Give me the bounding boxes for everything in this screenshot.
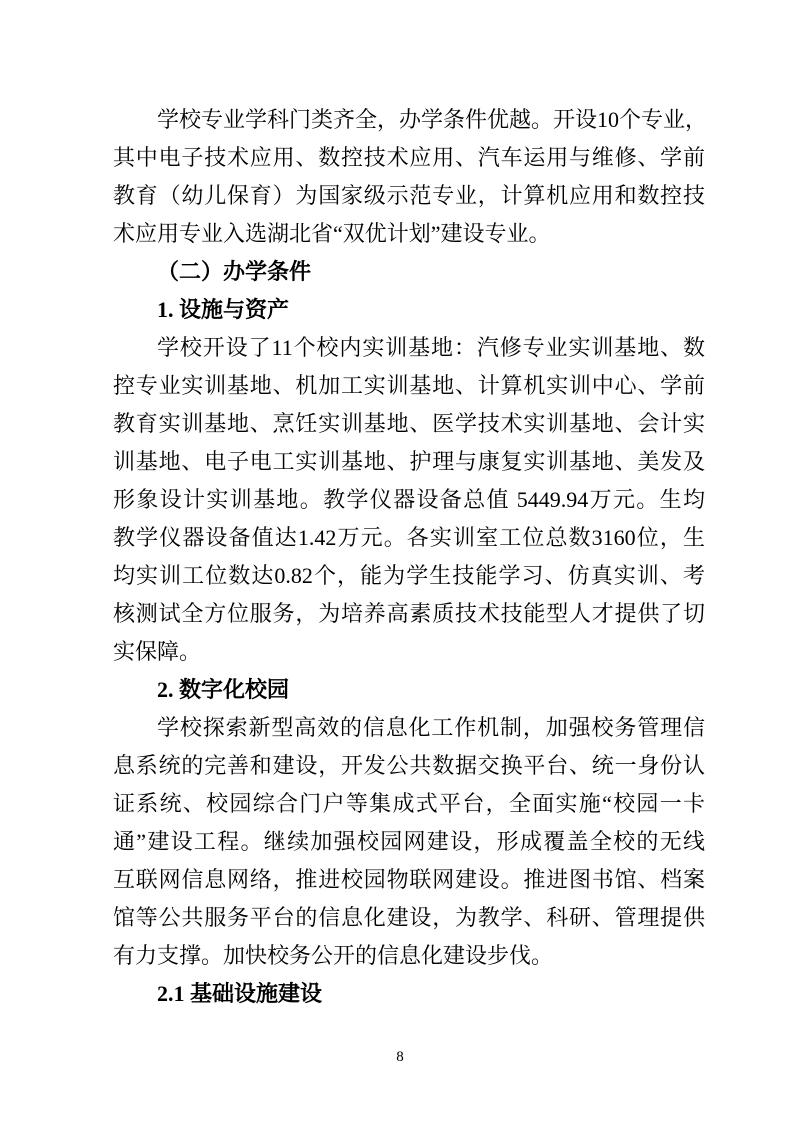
heading-school-conditions: （二）办学条件 [113, 253, 705, 291]
para-digital-line-6: 馆等公共服务平台的信息化建设，为教学、科研、管理提供 [113, 899, 705, 937]
para-majors-line-4: 术应用专业入选湖北省“双优计划”建设专业。 [113, 215, 705, 253]
para-digital-line-7: 有力支撑。加快校务公开的信息化建设步伐。 [113, 937, 705, 975]
heading-facilities-assets: 1. 设施与资产 [113, 291, 705, 329]
para-digital-line-1: 学校探索新型高效的信息化工作机制，加强校务管理信 [113, 709, 705, 747]
para-facilities-line-4: 训基地、电子电工实训基地、护理与康复实训基地、美发及 [113, 443, 705, 481]
para-facilities-line-6: 教学仪器设备值达1.42万元。各实训室工位总数3160位，生 [113, 519, 705, 557]
para-facilities-line-9: 实保障。 [113, 633, 705, 671]
page-content: 学校专业学科门类齐全，办学条件优越。开设10个专业， 其中电子技术应用、数控技术… [113, 101, 705, 1013]
heading-infrastructure: 2.1 基础设施建设 [113, 975, 705, 1013]
heading-digital-campus: 2. 数字化校园 [113, 671, 705, 709]
para-majors-line-3: 教育（幼儿保育）为国家级示范专业，计算机应用和数控技 [113, 177, 705, 215]
para-facilities-line-7: 均实训工位数达0.82个，能为学生技能学习、仿真实训、考 [113, 557, 705, 595]
para-digital-line-2: 息系统的完善和建设，开发公共数据交换平台、统一身份认 [113, 747, 705, 785]
para-facilities-line-1: 学校开设了11个校内实训基地：汽修专业实训基地、数 [113, 329, 705, 367]
para-majors-line-2: 其中电子技术应用、数控技术应用、汽车运用与维修、学前 [113, 139, 705, 177]
para-facilities-line-5: 形象设计实训基地。教学仪器设备总值 5449.94万元。生均 [113, 481, 705, 519]
para-digital-line-5: 互联网信息网络，推进校园物联网建设。推进图书馆、档案 [113, 861, 705, 899]
page-number: 8 [396, 1049, 404, 1065]
para-digital-line-4: 通”建设工程。继续加强校园网建设，形成覆盖全校的无线 [113, 823, 705, 861]
para-majors-line-1: 学校专业学科门类齐全，办学条件优越。开设10个专业， [113, 101, 705, 139]
para-digital-line-3: 证系统、校园综合门户等集成式平台，全面实施“校园一卡 [113, 785, 705, 823]
para-facilities-line-3: 教育实训基地、烹饪实训基地、医学技术实训基地、会计实 [113, 405, 705, 443]
page-footer: 8 [0, 1046, 800, 1068]
para-facilities-line-2: 控专业实训基地、机加工实训基地、计算机实训中心、学前 [113, 367, 705, 405]
document-page: 学校专业学科门类齐全，办学条件优越。开设10个专业， 其中电子技术应用、数控技术… [0, 0, 800, 1131]
para-facilities-line-8: 核测试全方位服务，为培养高素质技术技能型人才提供了切 [113, 595, 705, 633]
